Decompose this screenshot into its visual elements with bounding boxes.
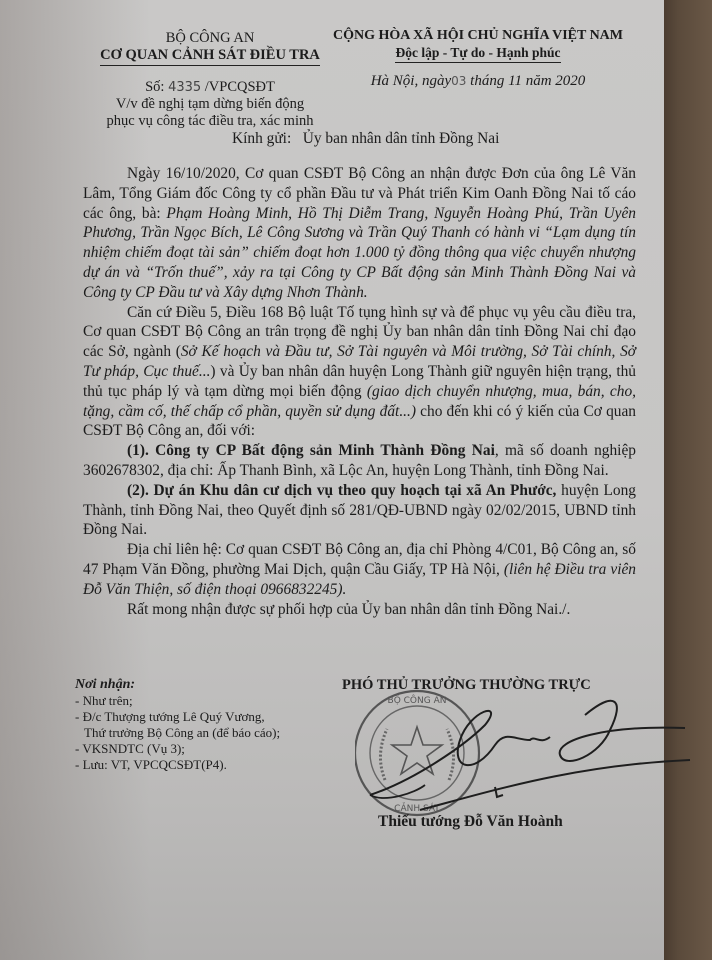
- closing-line: Rất mong nhận được sự phối hợp của Ủy ba…: [83, 600, 636, 620]
- recipient-item: Thứ trưởng Bộ Công an (để báo cáo);: [75, 725, 305, 741]
- date-day-handwritten: 03: [451, 74, 466, 88]
- paragraph-complaint: Ngày 16/10/2020, Cơ quan CSĐT Bộ Công an…: [83, 164, 636, 303]
- item-project: (2). Dự án Khu dân cư dịch vụ theo quy h…: [83, 481, 636, 540]
- recipients-block: Nơi nhận: - Như trên; - Đ/c Thượng tướng…: [75, 677, 305, 773]
- recipient-item: - Đ/c Thượng tướng Lê Quý Vương,: [75, 709, 305, 725]
- doc-number: Số: 4335 /VPCQSĐT: [90, 79, 330, 96]
- subject-line-2: phục vụ công tác điều tra, xác minh: [90, 113, 330, 130]
- salutation-recipient: Ủy ban nhân dân tỉnh Đồng Nai: [303, 130, 500, 147]
- recipient-item: - VKSNDTC (Vụ 3);: [75, 741, 305, 757]
- salutation: Kính gửi: Ủy ban nhân dân tỉnh Đồng Nai: [232, 130, 499, 148]
- recipient-item: - Như trên;: [75, 693, 305, 709]
- header-left: BỘ CÔNG AN CƠ QUAN CẢNH SÁT ĐIỀU TRA Số:…: [90, 30, 330, 130]
- doc-number-handwritten: 4335: [168, 80, 201, 95]
- paragraph-contact: Địa chỉ liên hệ: Cơ quan CSĐT Bộ Công an…: [83, 540, 636, 599]
- recipients-title: Nơi nhận:: [75, 677, 305, 693]
- motto: Độc lập - Tự do - Hạnh phúc: [318, 44, 638, 63]
- subject-line-1: V/v đề nghị tạm dừng biến động: [90, 96, 330, 113]
- paragraph-request: Căn cứ Điều 5, Điều 168 Bộ luật Tố tụng …: [83, 303, 636, 442]
- svg-text:BỘ CÔNG AN: BỘ CÔNG AN: [388, 694, 447, 706]
- header-right: CỘNG HÒA XÃ HỘI CHỦ NGHĨA VIỆT NAM Độc l…: [318, 27, 638, 90]
- nation-title: CỘNG HÒA XÃ HỘI CHỦ NGHĨA VIỆT NAM: [318, 27, 638, 44]
- issue-date: Hà Nội, ngày03 tháng 11 năm 2020: [318, 73, 638, 90]
- recipient-item: - Lưu: VT, VPCQCSĐT(P4).: [75, 757, 305, 773]
- letter-body: Ngày 16/10/2020, Cơ quan CSĐT Bộ Công an…: [83, 164, 636, 619]
- item-company: (1). Công ty CP Bất động sản Minh Thành …: [83, 441, 636, 481]
- ministry-name: BỘ CÔNG AN: [90, 30, 330, 47]
- signer-name: Thiếu tướng Đỗ Văn Hoành: [378, 813, 563, 831]
- agency-name: CƠ QUAN CẢNH SÁT ĐIỀU TRA: [90, 47, 330, 66]
